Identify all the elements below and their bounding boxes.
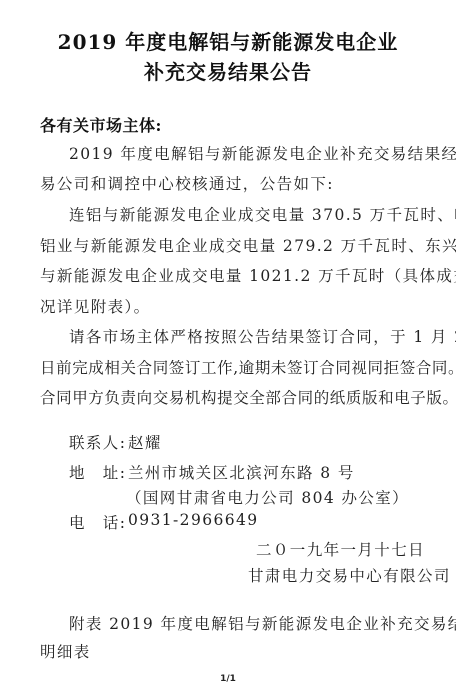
document-page: 2019 年度电解铝与新能源发电企业 补充交易结果公告 各有关市场主体: 201… <box>0 0 456 699</box>
title-line-2: 补充交易结果公告 <box>0 56 456 85</box>
attachment-line-1: 附表 2019 年度电解铝与新能源发电企业补充交易结果 <box>69 612 456 634</box>
page-indicator: 1/1 <box>0 674 456 684</box>
paragraph-1-line-1: 2019 年度电解铝与新能源发电企业补充交易结果经交 <box>69 142 456 164</box>
phone-number: 0931-2966649 <box>128 511 259 529</box>
salutation: 各有关市场主体: <box>40 113 162 136</box>
paragraph-3-line-1: 请各市场主体严格按照公告结果签订合同，于 1 月 21 <box>69 325 456 347</box>
contact-label: 联系人: <box>69 431 126 453</box>
paragraph-2-line-4: 况详见附表）。 <box>40 295 151 317</box>
paragraph-2-line-2: 铝业与新能源发电企业成交电量 279.2 万千瓦时、东兴铝业 <box>40 234 456 256</box>
phone-label: 电 话: <box>69 511 126 533</box>
address-line-2: （国网甘肃省电力公司 804 办公室） <box>126 486 409 508</box>
paragraph-3-line-3: 合同甲方负责向交易机构提交全部合同的纸质版和电子版。 <box>40 386 456 408</box>
paragraph-3-line-2: 日前完成相关合同签订工作,逾期未签订合同视同拒签合同。 <box>40 356 456 378</box>
contact-name: 赵耀 <box>128 431 162 453</box>
paragraph-2-line-3: 与新能源发电企业成交电量 1021.2 万千瓦时（具体成交情 <box>40 264 456 286</box>
issuer-name: 甘肃电力交易中心有限公司 <box>248 564 451 586</box>
attachment-line-2: 明细表 <box>40 640 91 662</box>
announcement-date: 二０一九年一月十七日 <box>256 538 425 560</box>
paragraph-1-line-2: 易公司和调控中心校核通过，公告如下: <box>40 172 334 194</box>
paragraph-2-line-1: 连铝与新能源发电企业成交电量 370.5 万千瓦时、临洮 <box>69 203 456 225</box>
title-line-1: 2019 年度电解铝与新能源发电企业 <box>0 26 456 55</box>
address-label: 地 址: <box>69 461 126 483</box>
address-line-1: 兰州市城关区北滨河东路 8 号 <box>128 461 355 483</box>
